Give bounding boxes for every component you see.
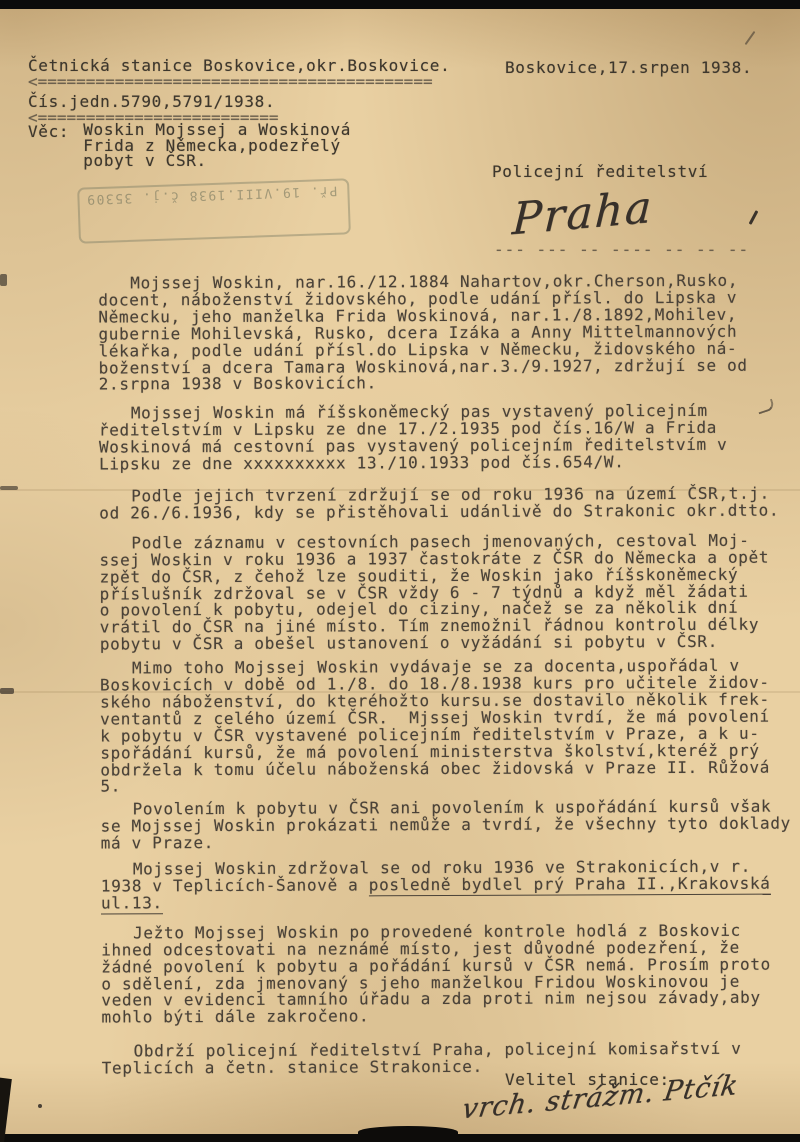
paragraph: Povolením k pobytu v ČSR ani povolením k… [101, 799, 800, 853]
text-segment: obdržela k tomu účelu náboženská obec ži… [100, 757, 770, 779]
ink-smudge [0, 486, 18, 490]
paragraph: Podle záznamu v cestovních pasech jmenov… [99, 532, 800, 653]
paragraph: Mojssej Woskin zdržoval se od roku 1936 … [101, 859, 800, 913]
text-line: má v Praze. [101, 833, 800, 853]
scan-corner-shadow [0, 1077, 12, 1142]
underlined-text: posledně bydlel prý Praha II.,Krakovská [369, 874, 771, 897]
ink-smudge [0, 274, 7, 286]
subject-block: Věc: Woskin Mojssej a Woskinová Frida z … [28, 122, 351, 169]
ink-smudge [0, 688, 14, 694]
text-line: Lipsku ze dne xxxxxxxxxx 13./10.1933 pod… [99, 454, 799, 474]
pen-tick [745, 31, 756, 45]
body-paragraphs: Mojssej Woskin, nar.16./12.1884 Nahartov… [98, 272, 800, 1089]
scan-edge-blob [358, 1126, 458, 1138]
text-line: mohlo býti dále zakročeno. [101, 1007, 800, 1027]
subject-line: pobyt v ČSR. [83, 153, 351, 169]
text-line: 2.srpna 1938 v Boskovicích. [99, 374, 799, 394]
paragraph: Mimo toho Mojssej Woskin vydávaje se za … [100, 658, 800, 796]
paragraph: Mojssej Woskin, nar.16./12.1884 Nahartov… [98, 272, 799, 393]
document-page: Četnická stanice Boskovice,okr.Boskovice… [0, 0, 800, 1142]
text-segment: Lipsku ze dne xxxxxxxxxx 13./10.1933 pod… [99, 452, 625, 473]
text-segment: pobytu v ČSR a obešel ustanovení o vyžád… [100, 632, 718, 654]
text-line: pobytu v ČSR a obešel ustanovení o vyžád… [100, 634, 800, 654]
text-line: 5. [100, 776, 800, 796]
text-line: 1938 v Teplicích-Šanově a posledně bydle… [101, 875, 800, 895]
subject-label: Věc: [28, 122, 69, 169]
paragraph: Mojssej Woskin má říšskoněmecký pas vyst… [99, 403, 799, 474]
receipt-stamp: Př. 19.VIII.1938 č.j. 35309 [77, 178, 351, 243]
text-line: od 26./6.1936, kdy se přistěhovali udánl… [99, 502, 799, 522]
text-segment: má v Praze. [101, 833, 214, 852]
pen-tick [749, 210, 759, 225]
paragraph: Podle jejich tvrzení zdržují se od roku … [99, 485, 799, 522]
text-segment: mohlo býti dále zakročeno. [101, 1007, 369, 1027]
text-line: obdržela k tomu účelu náboženská obec ži… [100, 759, 800, 779]
handwritten-city: Praha [511, 182, 655, 246]
place-date: Boskovice,17.srpen 1938. [505, 58, 752, 77]
underlined-text: ul.13. [101, 893, 163, 914]
paragraph: Ježto Mojssej Woskin po provedené kontro… [101, 922, 800, 1026]
text-segment: 5. [100, 777, 121, 796]
text-segment: od 26./6.1936, kdy se přistěhovali udánl… [99, 500, 779, 522]
text-segment: 2.srpna 1938 v Boskovicích. [99, 374, 377, 394]
ink-dot [38, 1104, 42, 1108]
scan-edge-top [0, 0, 800, 9]
receipt-stamp-text: Př. 19.VIII.1938 č.j. 35309 [87, 183, 337, 207]
recipient-title: Policejní ředitelství [492, 162, 708, 181]
city-underline-dashes: --- --- -- ---- -- -- -- [494, 240, 749, 259]
paragraph: Obdrží policejní ředitelství Praha, poli… [102, 1041, 800, 1078]
text-segment: Teplicích a četn. stanice Strakonice. [102, 1057, 483, 1078]
divider-dashes: <=======================================… [28, 72, 433, 91]
